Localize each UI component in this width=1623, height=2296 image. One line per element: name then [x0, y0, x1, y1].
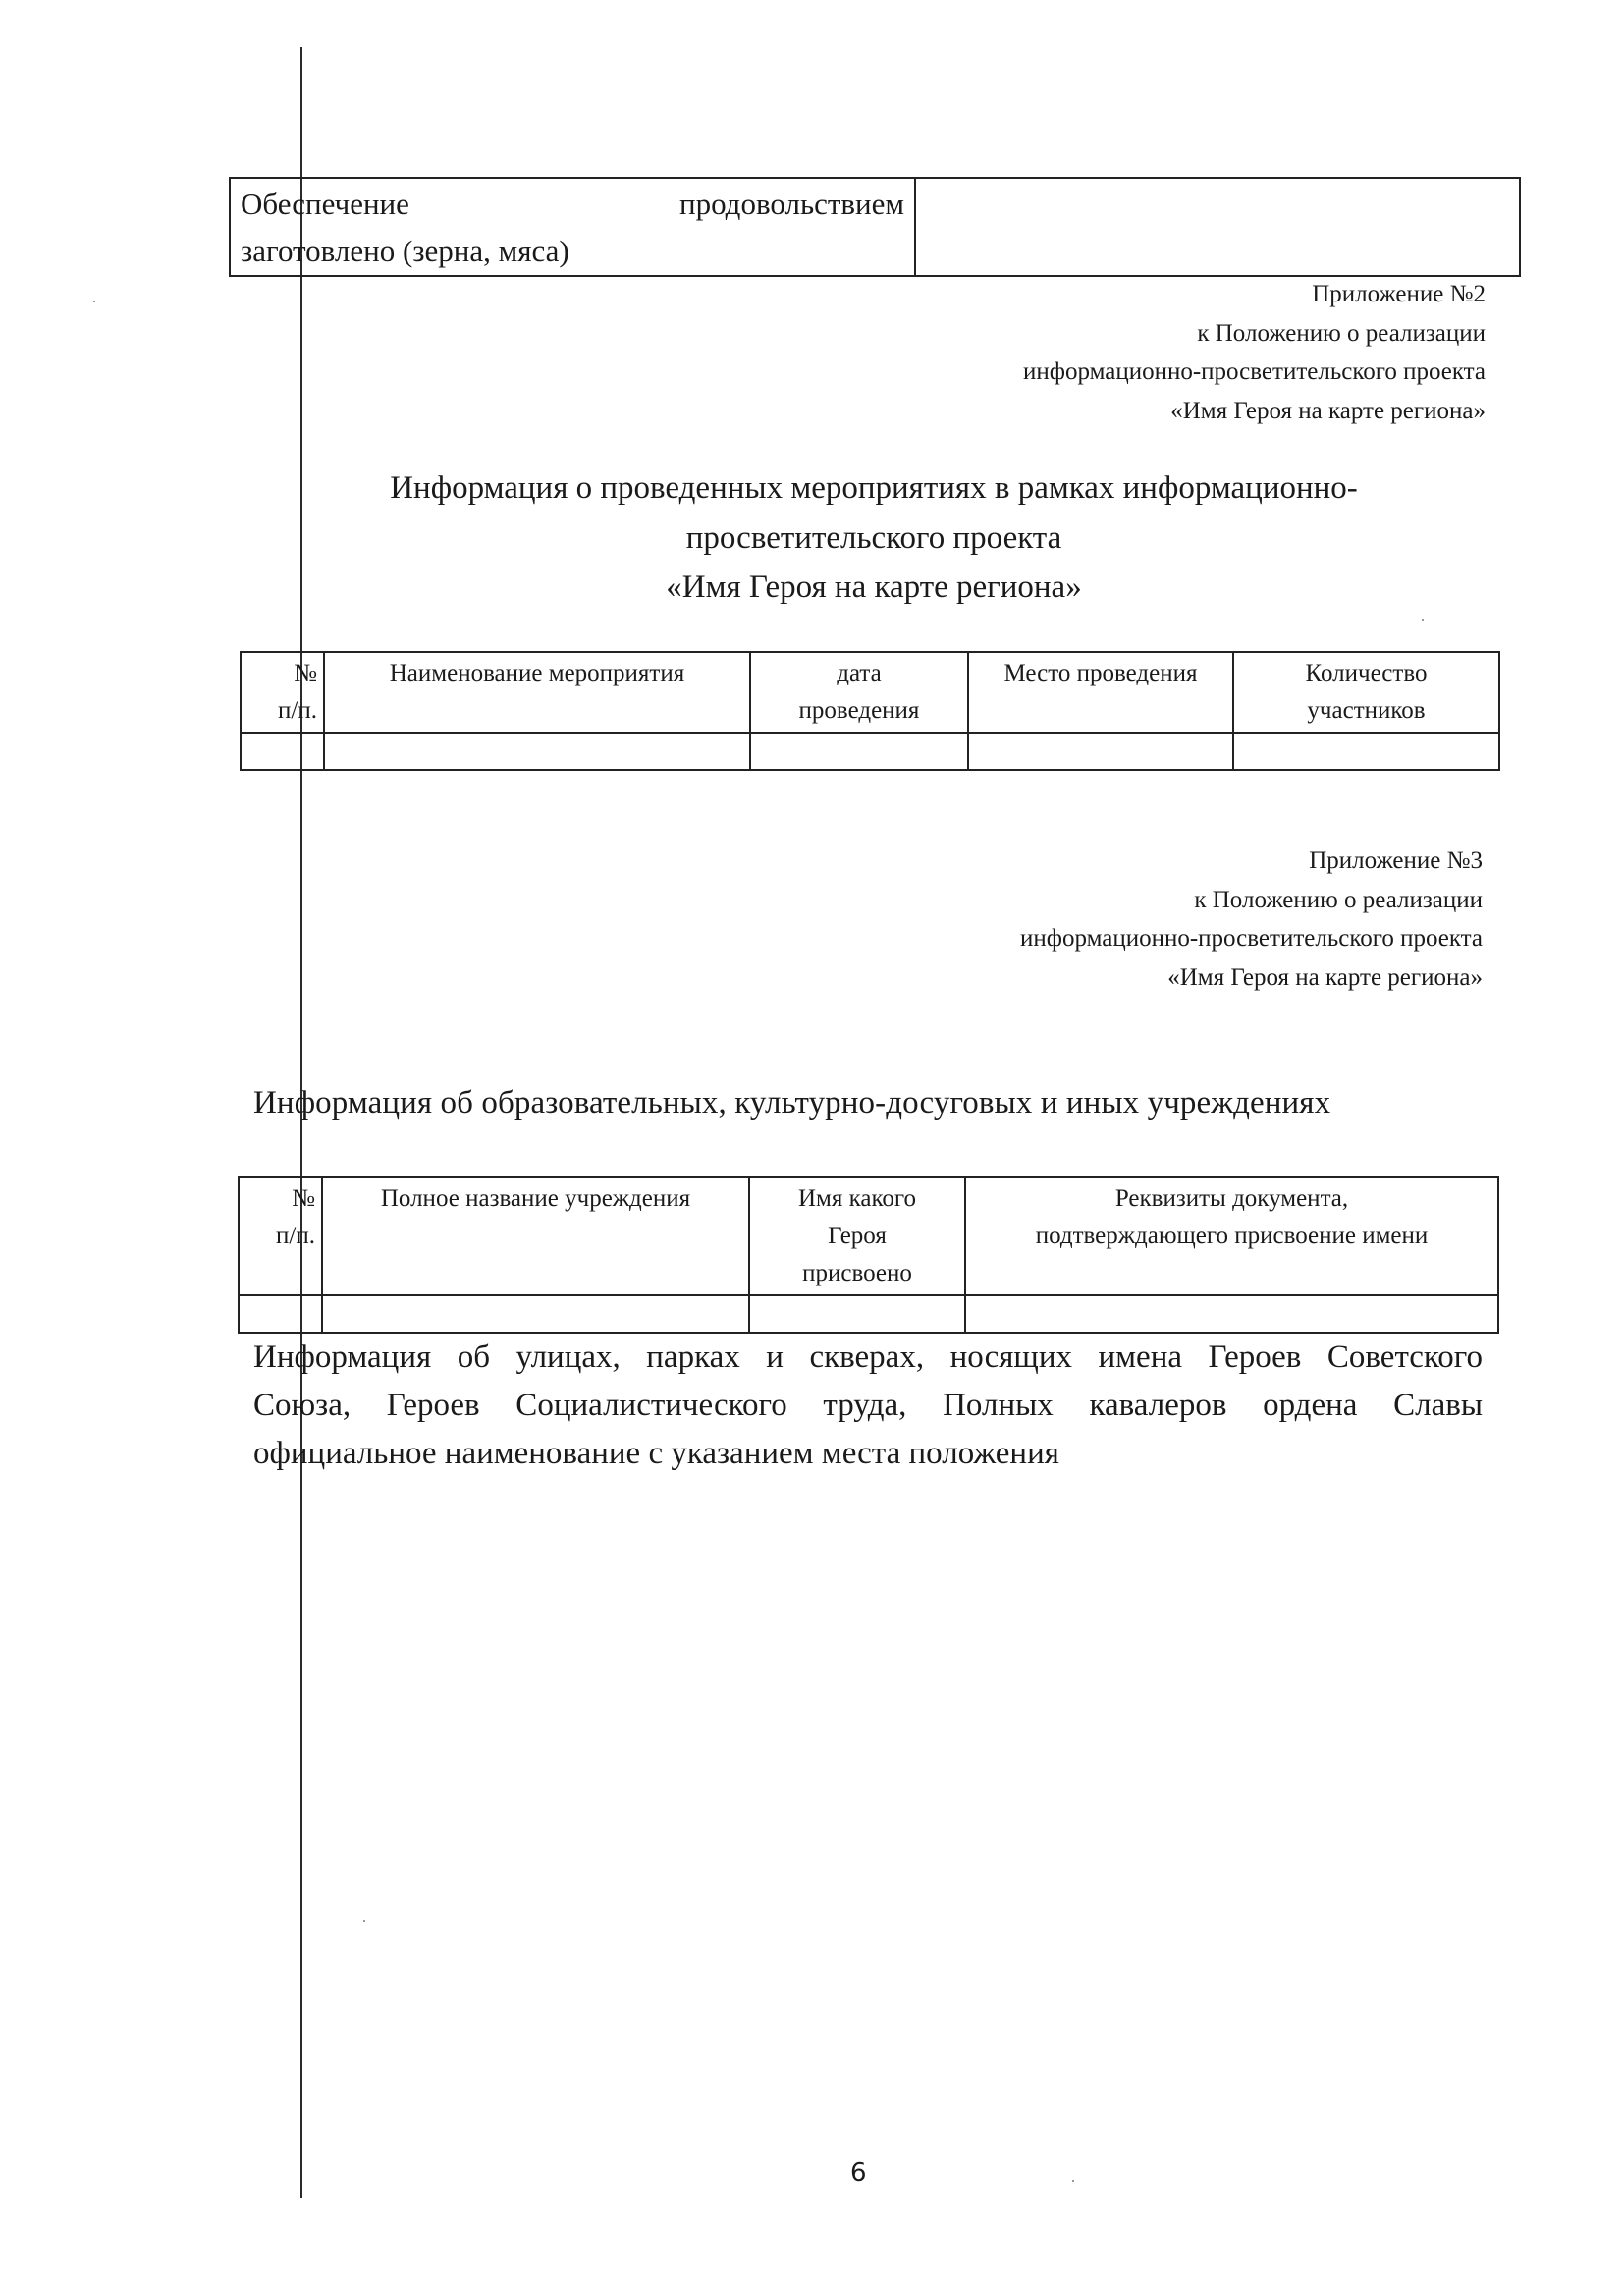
table-cell — [239, 1295, 322, 1333]
annex-line: к Положению о реализации — [1020, 881, 1483, 920]
events-table: № п/п. Наименование мероприятия дата про… — [240, 651, 1500, 771]
title-line: просветительского проекта — [236, 514, 1512, 564]
institutions-table: № п/п. Полное название учреждения Имя ка… — [238, 1176, 1499, 1334]
annex-title: Приложение №3 — [1020, 842, 1483, 881]
scan-speck — [363, 1920, 365, 1922]
paragraph-line: официальное наименование с указанием мес… — [253, 1430, 1483, 1478]
title-line: «Имя Героя на карте региона» — [236, 563, 1512, 613]
header-event-name: Наименование мероприятия — [324, 652, 750, 733]
header-number: № п/п. — [241, 652, 324, 733]
table-cell — [241, 733, 324, 770]
header-date: дата проведения — [750, 652, 968, 733]
annex-line: информационно-просветительского проекта — [1020, 919, 1483, 958]
label-word: продовольствием — [679, 181, 904, 228]
table-row — [239, 1295, 1498, 1333]
table-cell — [750, 733, 968, 770]
header-document-details: Реквизиты документа, подтверждающего при… — [965, 1177, 1498, 1295]
scan-speck — [1072, 2180, 1074, 2182]
table-header-row: № п/п. Наименование мероприятия дата про… — [241, 652, 1499, 733]
annex-line: «Имя Героя на карте региона» — [1020, 958, 1483, 998]
table-cell — [1233, 733, 1499, 770]
events-section-title: Информация о проведенных мероприятиях в … — [236, 464, 1512, 613]
annex-title: Приложение №2 — [1023, 275, 1486, 314]
table-cell-label: Обеспечение продовольствием заготовлено … — [230, 178, 915, 276]
label-word: Обеспечение — [241, 181, 409, 228]
table-row: Обеспечение продовольствием заготовлено … — [230, 178, 1520, 276]
scan-speck — [1422, 619, 1424, 621]
streets-section-paragraph: Информация об улицах, парках и скверах, … — [253, 1334, 1483, 1478]
table-cell — [965, 1295, 1498, 1333]
food-supply-table: Обеспечение продовольствием заготовлено … — [229, 177, 1521, 277]
header-institution-name: Полное название учреждения — [322, 1177, 749, 1295]
annex-line: информационно-просветительского проекта — [1023, 353, 1486, 392]
annex-2-caption: Приложение №2 к Положению о реализации и… — [1023, 275, 1486, 430]
header-number: № п/п. — [239, 1177, 322, 1295]
annex-line: к Положению о реализации — [1023, 314, 1486, 354]
table-cell-value — [915, 178, 1520, 276]
scan-speck — [93, 301, 95, 302]
title-line: Информация о проведенных мероприятиях в … — [236, 464, 1512, 514]
label-line: заготовлено (зерна, мяса) — [241, 228, 904, 275]
annex-line: «Имя Героя на карте региона» — [1023, 392, 1486, 431]
table-header-row: № п/п. Полное название учреждения Имя ка… — [239, 1177, 1498, 1295]
table-cell — [324, 733, 750, 770]
institutions-section-heading: Информация об образовательных, культурно… — [253, 1078, 1330, 1127]
header-participants: Количество участников — [1233, 652, 1499, 733]
annex-3-caption: Приложение №3 к Положению о реализации и… — [1020, 842, 1483, 997]
header-hero-name: Имя какого Героя присвоено — [749, 1177, 965, 1295]
table-cell — [968, 733, 1233, 770]
paragraph-line: Информация об улицах, парках и скверах, … — [253, 1334, 1483, 1382]
table-row — [241, 733, 1499, 770]
header-venue: Место проведения — [968, 652, 1233, 733]
table-cell — [749, 1295, 965, 1333]
page-number: 6 — [850, 2159, 867, 2188]
table-cell — [322, 1295, 749, 1333]
paragraph-line: Союза, Героев Социалистического труда, П… — [253, 1382, 1483, 1430]
